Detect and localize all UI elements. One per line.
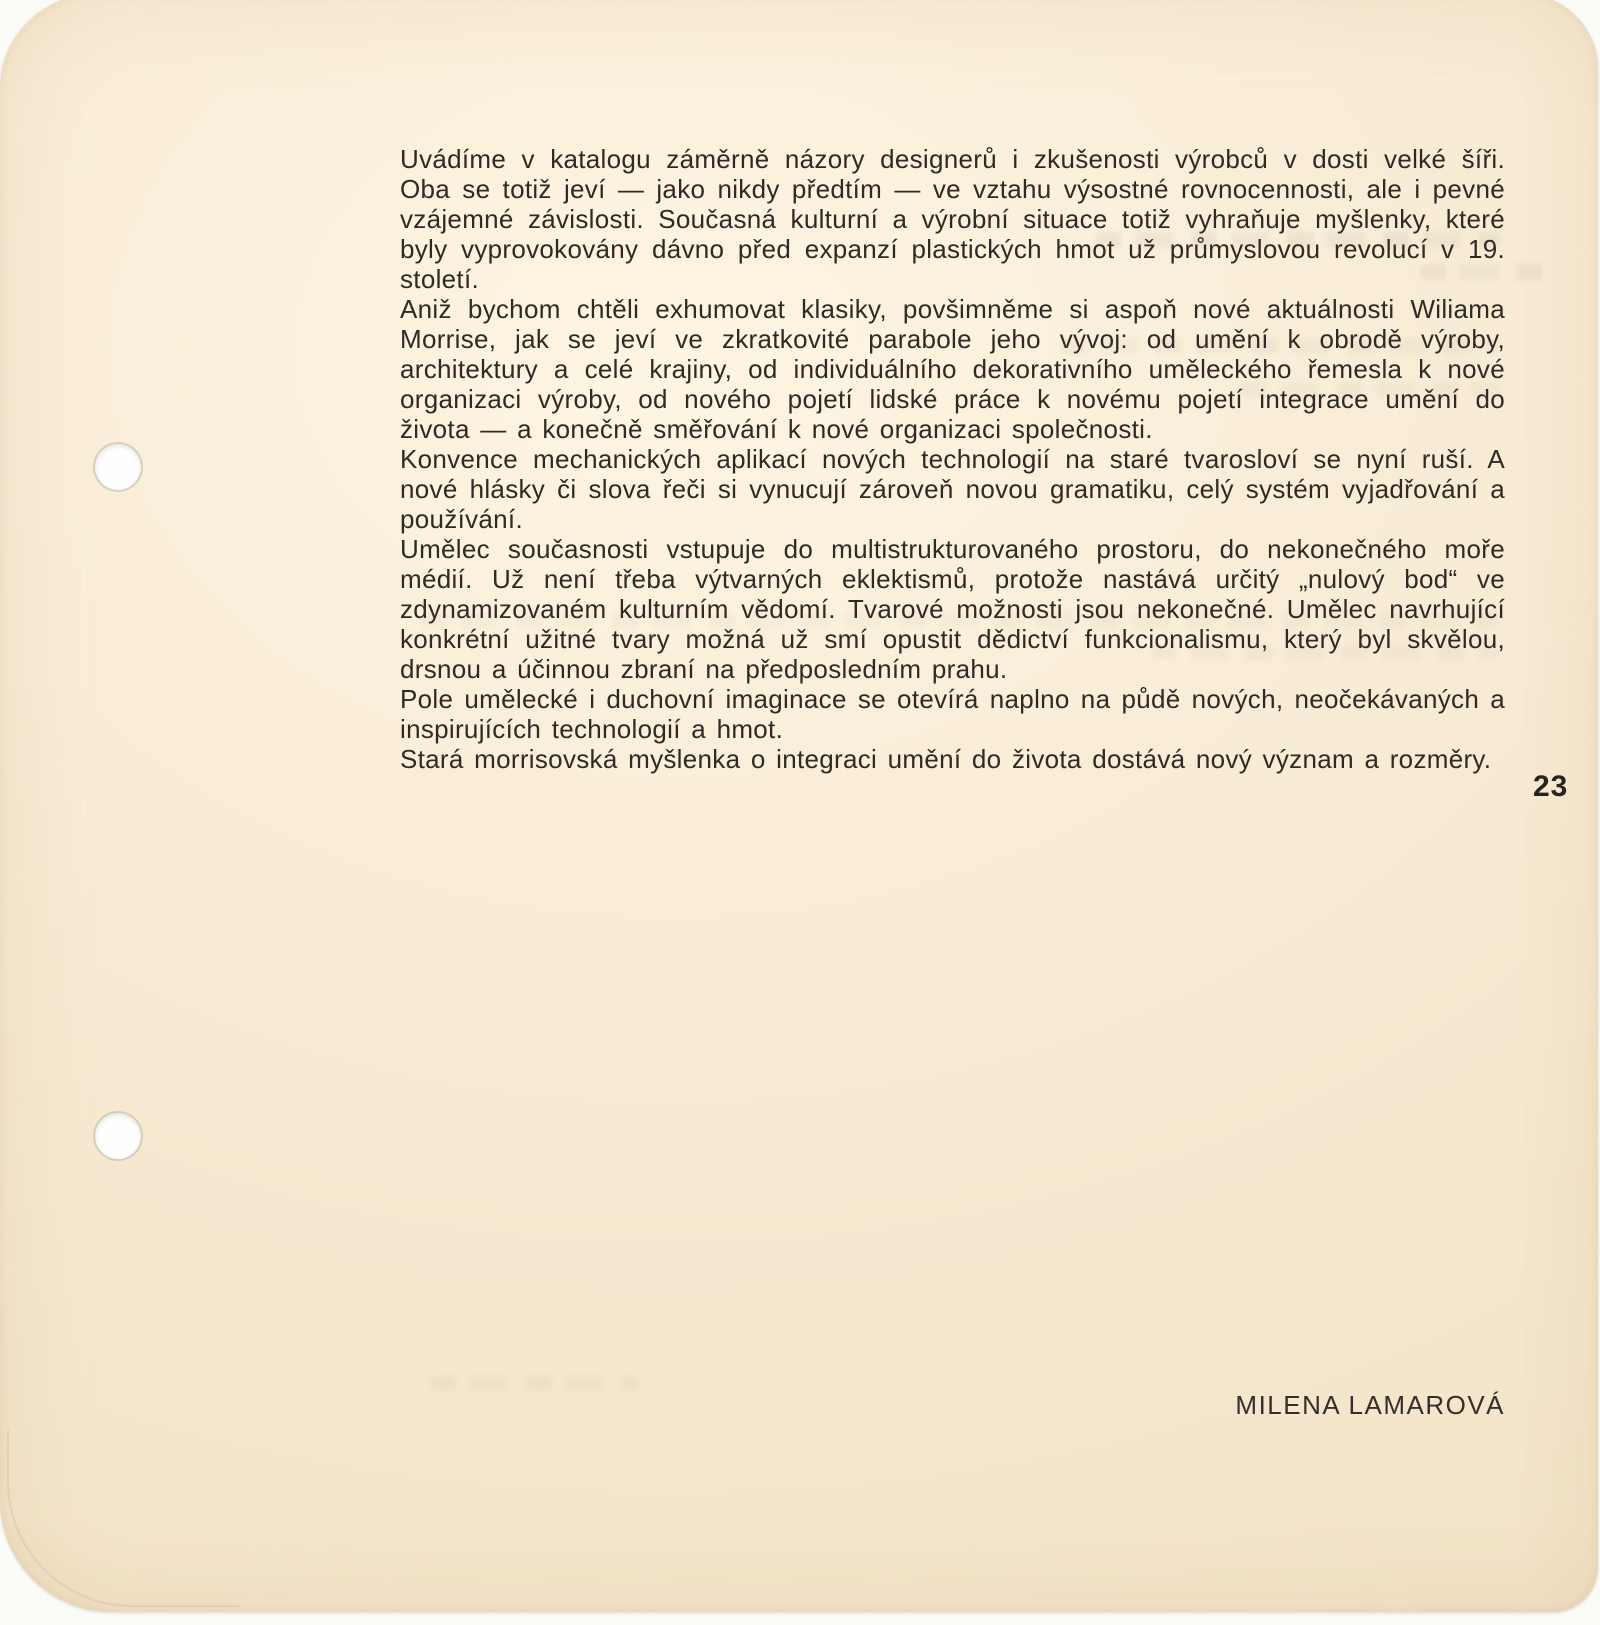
paragraph: Uvádíme v katalogu záměrně názory design… [400,144,1505,294]
author-signature: MILENA LAMAROVÁ [400,1390,1505,1421]
catalog-page: Uvádíme v katalogu záměrně názory design… [0,0,1598,1612]
page-number: 23 [1533,770,1568,804]
punch-hole-bottom [95,1113,141,1159]
paragraph: Stará morrisovská myšlenka o integraci u… [400,744,1505,774]
body-text: Uvádíme v katalogu záměrně názory design… [400,144,1505,774]
show-through-smudge [430,1376,640,1390]
paragraph: Umělec současnosti vstupuje do multistru… [400,534,1505,684]
paragraph: Aniž bychom chtěli exhumovat klasiky, po… [400,294,1505,444]
paragraph: Konvence mechanických aplikací nových te… [400,444,1505,534]
paragraph: Pole umělecké i duchovní imaginace se ot… [400,684,1505,744]
under-sheet-edge [7,1430,239,1607]
punch-hole-top [95,444,141,490]
